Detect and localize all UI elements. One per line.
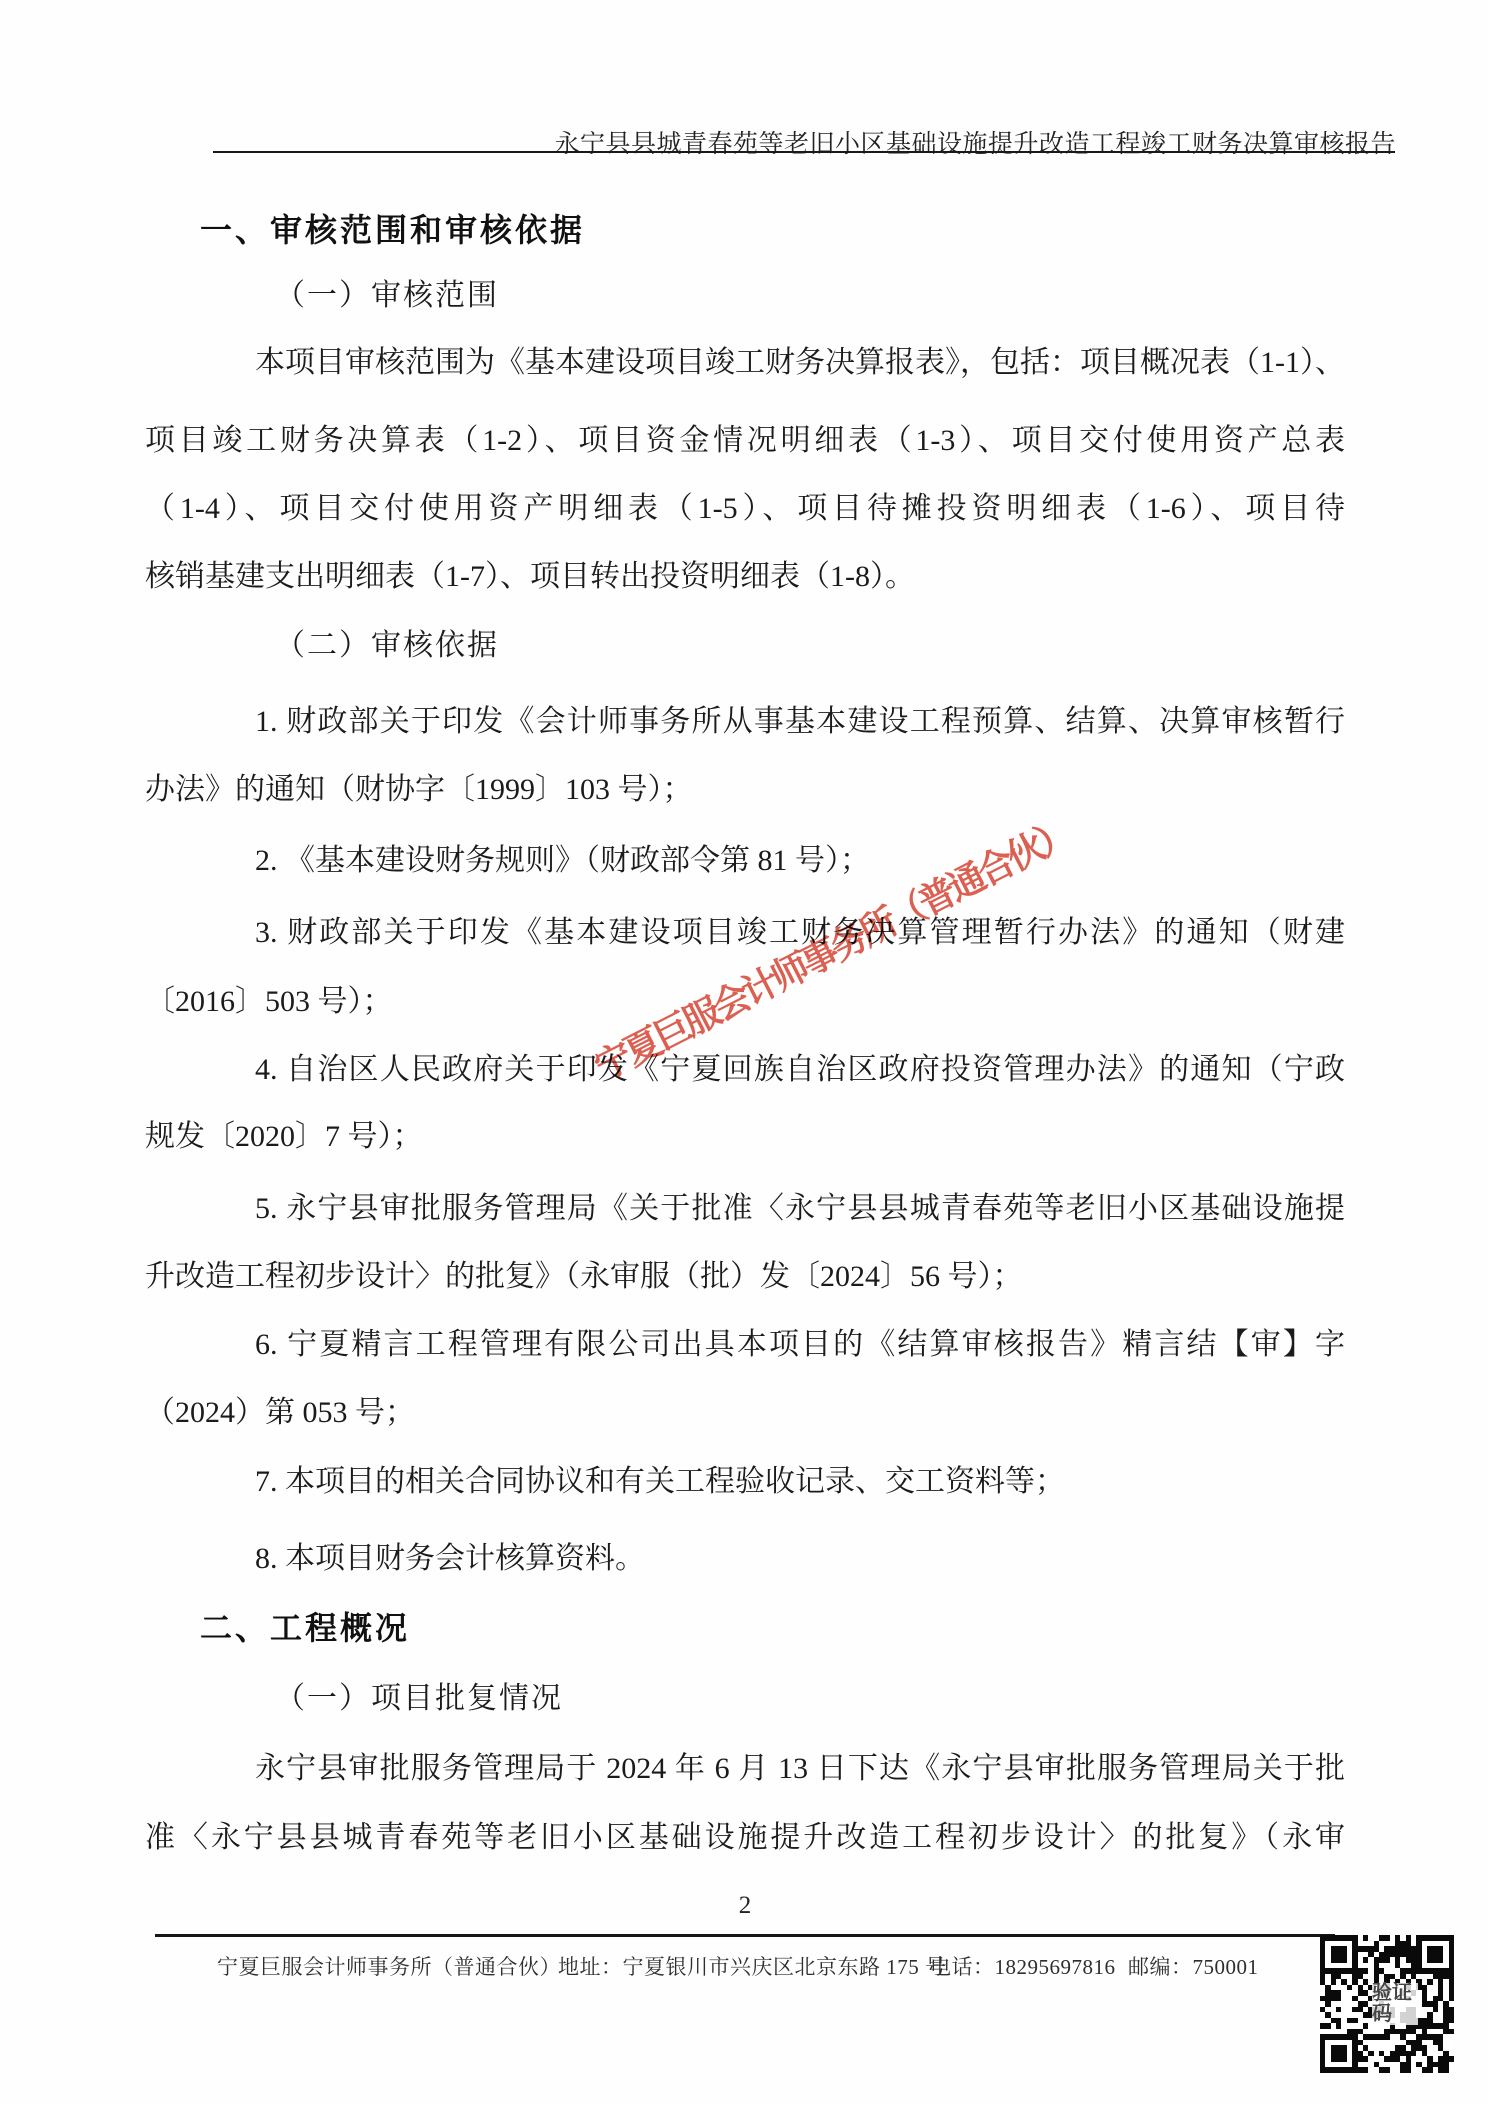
footer-divider	[155, 1934, 1335, 1937]
header-running-title: 永宁县县城青春苑等老旧小区基础设施提升改造工程竣工财务决算审核报告	[554, 124, 1396, 160]
footer-phone: 电话：18295697816	[930, 1951, 1116, 1981]
list-item-line: 7. 本项目的相关合同协议和有关工程验收记录、交工资料等；	[145, 1464, 1345, 1500]
list-item-line: 5. 永宁县审批服务管理局《关于批准〈永宁县县城青春苑等老旧小区基础设施提	[145, 1191, 1345, 1227]
list-item-line: （2024）第 053 号；	[145, 1395, 1345, 1431]
list-item-line: 4. 自治区人民政府关于印发《宁夏回族自治区政府投资管理办法》的通知（宁政	[145, 1052, 1345, 1088]
list-item-line: 升改造工程初步设计〉的批复》（永审服（批）发〔2024〕56 号）；	[145, 1259, 1345, 1295]
footer-firm-name: 宁夏巨服会计师事务所（普通合伙）	[217, 1951, 561, 1981]
list-item-line: 办法》的通知（财协字〔1999〕103 号）；	[145, 772, 1345, 808]
footer-address-value: 宁夏银川市兴庆区北京东路 175 号	[623, 1955, 947, 1979]
footer-postcode-value: 750001	[1193, 1955, 1259, 1979]
qr-verification-text: 验证码	[1372, 1983, 1418, 2025]
footer-phone-value: 18295697816	[995, 1955, 1116, 1979]
paragraph-line: 永宁县审批服务管理局于 2024 年 6 月 13 日下达《永宁县审批服务管理局…	[145, 1751, 1345, 1787]
list-item-line: 8. 本项目财务会计核算资料。	[145, 1541, 1345, 1577]
qr-code: 验证码	[1320, 1935, 1454, 2073]
footer-postcode-label: 邮编：	[1128, 1955, 1193, 1979]
list-item-line: 1. 财政部关于印发《会计师事务所从事基本建设工程预算、结算、决算审核暂行	[145, 704, 1345, 740]
list-item-line: 3. 财政部关于印发《基本建设项目竣工财务决算管理暂行办法》的通知（财建	[145, 915, 1345, 951]
section-heading-1: 一、审核范围和审核依据	[145, 212, 1345, 248]
paragraph-line: 项目竣工财务决算表（1-2）、项目资金情况明细表（1-3）、项目交付使用资产总表	[145, 423, 1345, 459]
list-item-line: 2. 《基本建设财务规则》（财政部令第 81 号）；	[145, 843, 1345, 879]
list-item-line: 规发〔2020〕7 号）；	[145, 1119, 1345, 1155]
page-number: 2	[145, 1892, 1345, 1920]
paragraph-line: （1-4）、项目交付使用资产明细表（1-5）、项目待摊投资明细表（1-6）、项目…	[145, 491, 1345, 527]
footer-phone-label: 电话：	[930, 1955, 995, 1979]
paragraph-line: 准〈永宁县县城青春苑等老旧小区基础设施提升改造工程初步设计〉的批复》（永审	[145, 1820, 1345, 1856]
subsection-heading: （二）审核依据	[145, 628, 1345, 664]
footer-address: 地址：宁夏银川市兴庆区北京东路 175 号	[558, 1951, 947, 1981]
document-page: 永宁县县城青春苑等老旧小区基础设施提升改造工程竣工财务决算审核报告 一、审核范围…	[0, 0, 1488, 2104]
paragraph-line: 核销基建支出明细表（1-7）、项目转出投资明细表（1-8）。	[145, 559, 1345, 595]
list-item-line: 6. 宁夏精言工程管理有限公司出具本项目的《结算审核报告》精言结【审】字	[145, 1327, 1345, 1363]
subsection-heading: （一）项目批复情况	[145, 1681, 1345, 1717]
section-heading-2: 二、工程概况	[145, 1610, 1345, 1646]
header-underline	[213, 151, 1395, 153]
footer-postcode: 邮编：750001	[1128, 1951, 1259, 1981]
footer-address-label: 地址：	[558, 1955, 623, 1979]
paragraph-line: 本项目审核范围为《基本建设项目竣工财务决算报表》，包括：项目概况表（1-1）、	[145, 345, 1345, 381]
subsection-heading: （一）审核范围	[145, 278, 1345, 314]
